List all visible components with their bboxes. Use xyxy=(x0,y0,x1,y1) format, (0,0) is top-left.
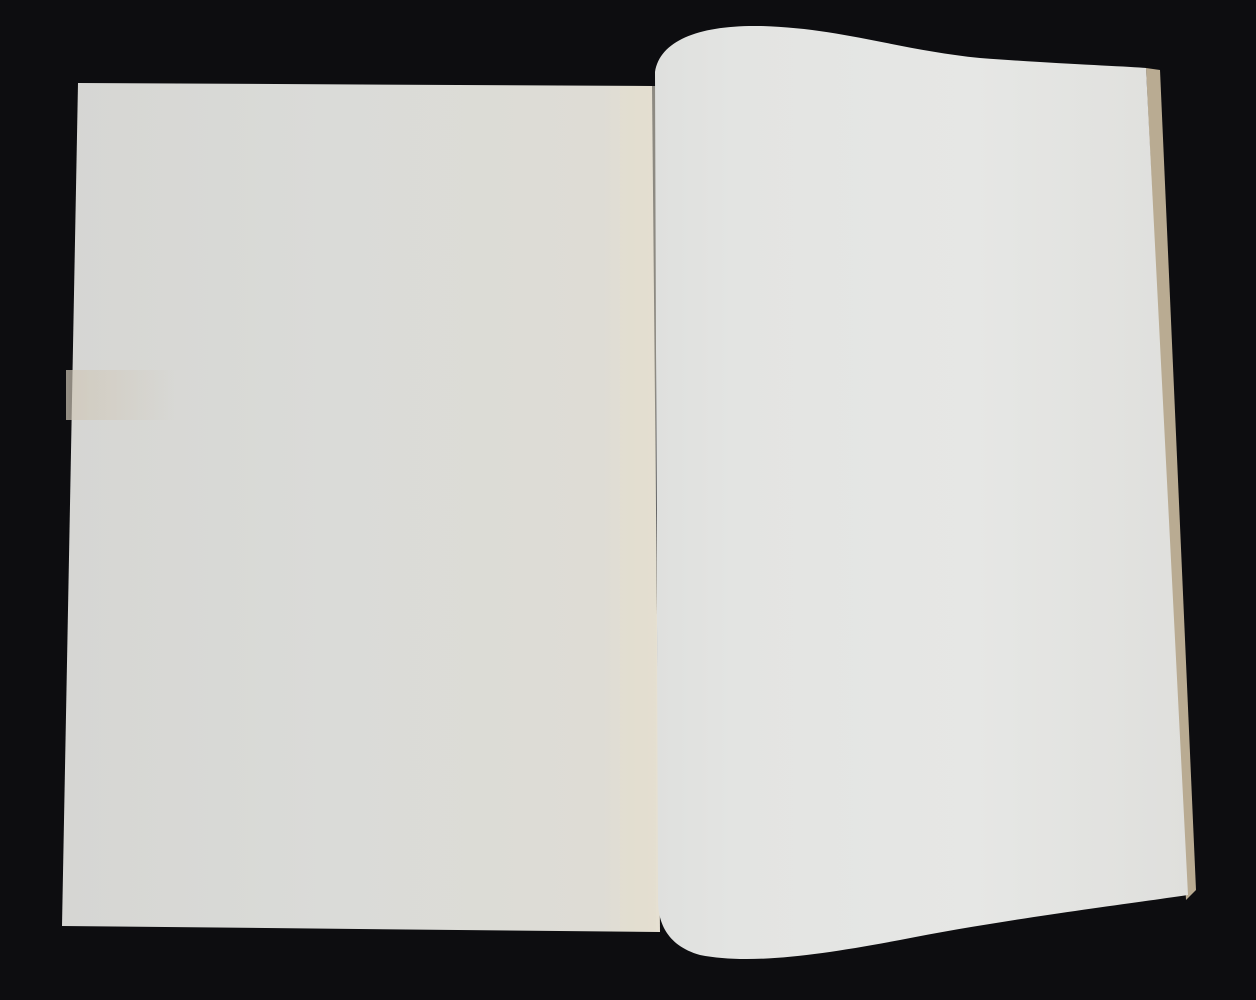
right-page xyxy=(655,26,1188,959)
book-illustration xyxy=(0,0,1256,1000)
left-page xyxy=(62,83,660,932)
book-photo xyxy=(0,0,1256,1000)
